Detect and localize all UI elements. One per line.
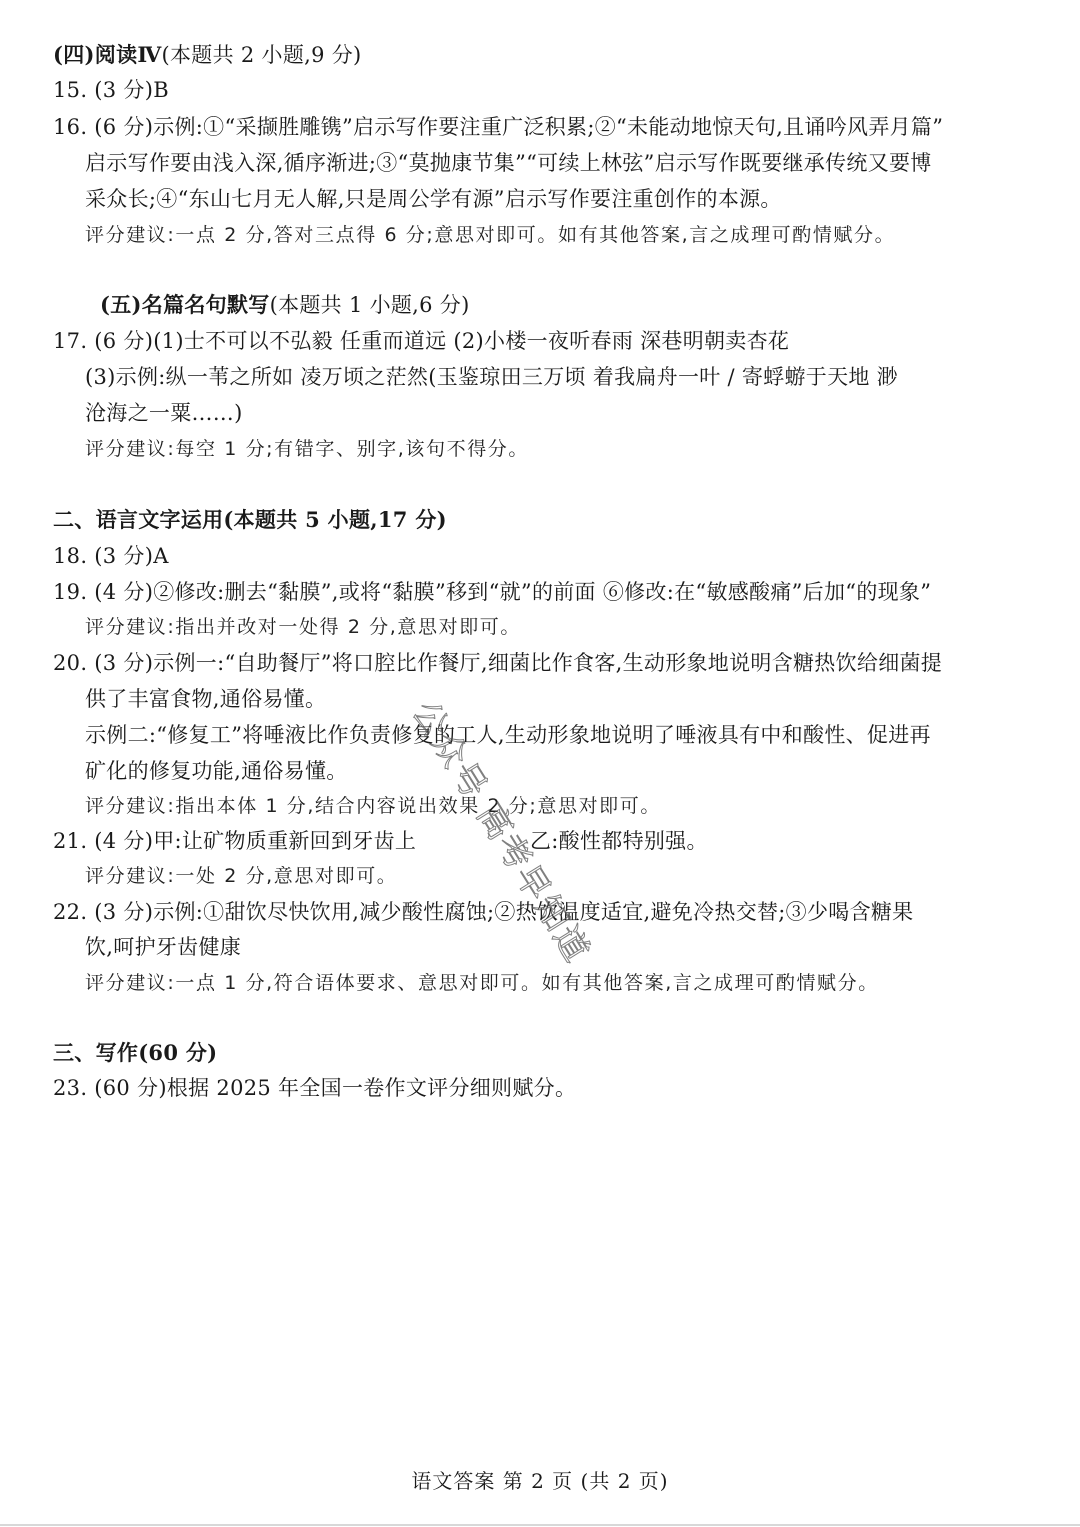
answer-q20-line1: 20. (3 分)示例一:“自助餐厅”将口腔比作餐厅,细菌比作食客,生动形象地说… [53,648,942,678]
answer-q16-line1: 16. (6 分)示例:①“采撷胜雕镌”启示写作要注重广泛积累;②“未能动地惊天… [53,112,943,142]
section-title: (五)名篇名句默写 [100,292,270,317]
answer-q16-line2: 启示写作要由浅入深,循序渐进;③“莫抛康节集”“可续上林弦”启示写作既要继承传统… [85,148,932,178]
answer-q22-line1: 22. (3 分)示例:①甜饮尽快饮用,减少酸性腐蚀;②热饮温度适宜,避免冷热交… [53,897,913,927]
scoring-note-q17: 评分建议:每空 1 分;有错字、别字,该句不得分。 [85,434,529,464]
answer-q21-part-b: 乙:酸性都特别强。 [530,826,708,856]
section-heading-reading-4: (四)阅读Ⅳ(本题共 2 小题,9 分) [53,40,362,70]
answer-q20-line4: 矿化的修复功能,通俗易懂。 [85,756,348,786]
answer-q16-line3: 采众长;④“东山七月无人解,只是周公学有源”启示写作要注重创作的本源。 [85,184,782,214]
page-footer: 语文答案 第 2 页 (共 2 页) [0,1465,1080,1494]
scoring-note-q21: 评分建议:一处 2 分,意思对即可。 [85,861,397,891]
answer-page: (四)阅读Ⅳ(本题共 2 小题,9 分) 15. (3 分)B 16. (6 分… [0,0,1080,1527]
scoring-note-q20: 评分建议:指出本体 1 分,结合内容说出效果 2 分;意思对即可。 [85,791,661,821]
scoring-note-q16: 评分建议:一点 2 分,答对三点得 6 分;意思对即可。如有其他答案,言之成理可… [85,220,895,250]
answer-q17-line3: 沧海之一粟……) [85,398,243,428]
part-heading-writing: 三、写作(60 分) [53,1038,217,1068]
answer-q18: 18. (3 分)A [53,541,169,571]
answer-q17-line2: (3)示例:纵一苇之所如 凌万顷之茫然(玉鉴琼田三万顷 着我扁舟一叶 / 寄蜉蝣… [85,362,898,392]
answer-q20-line2: 供了丰富食物,通俗易懂。 [85,684,326,714]
section-title: (四)阅读Ⅳ [53,42,162,67]
section-heading-recitation: (五)名篇名句默写(本题共 1 小题,6 分) [100,290,470,320]
section-subtitle: (本题共 2 小题,9 分) [162,43,362,67]
answer-q15: 15. (3 分)B [53,75,169,105]
answer-q20-line3: 示例二:“修复工”将唾液比作负责修复的工人,生动形象地说明了唾液具有中和酸性、促… [85,720,931,750]
answer-q23: 23. (60 分)根据 2025 年全国一卷作文评分细则赋分。 [53,1073,576,1103]
section-subtitle: (本题共 1 小题,6 分) [270,293,470,317]
answer-q19-line1: 19. (4 分)②修改:删去“黏膜”,或将“黏膜”移到“就”的前面 ⑥修改:在… [53,577,931,607]
part-heading-language-use: 二、语言文字运用(本题共 5 小题,17 分) [53,505,447,535]
scoring-note-q22: 评分建议:一点 1 分,符合语体要求、意思对即可。如有其他答案,言之成理可酌情赋… [85,968,879,998]
scoring-note-q19: 评分建议:指出并改对一处得 2 分,意思对即可。 [85,612,521,642]
bottom-divider [0,1524,1080,1526]
answer-q17-line1: 17. (6 分)(1)士不可以不弘毅 任重而道远 (2)小楼一夜听春雨 深巷明… [53,326,789,356]
answer-q22-line2: 饮,呵护牙齿健康 [85,932,241,962]
answer-q21-part-a: 21. (4 分)甲:让矿物质重新回到牙齿上 [53,826,416,856]
